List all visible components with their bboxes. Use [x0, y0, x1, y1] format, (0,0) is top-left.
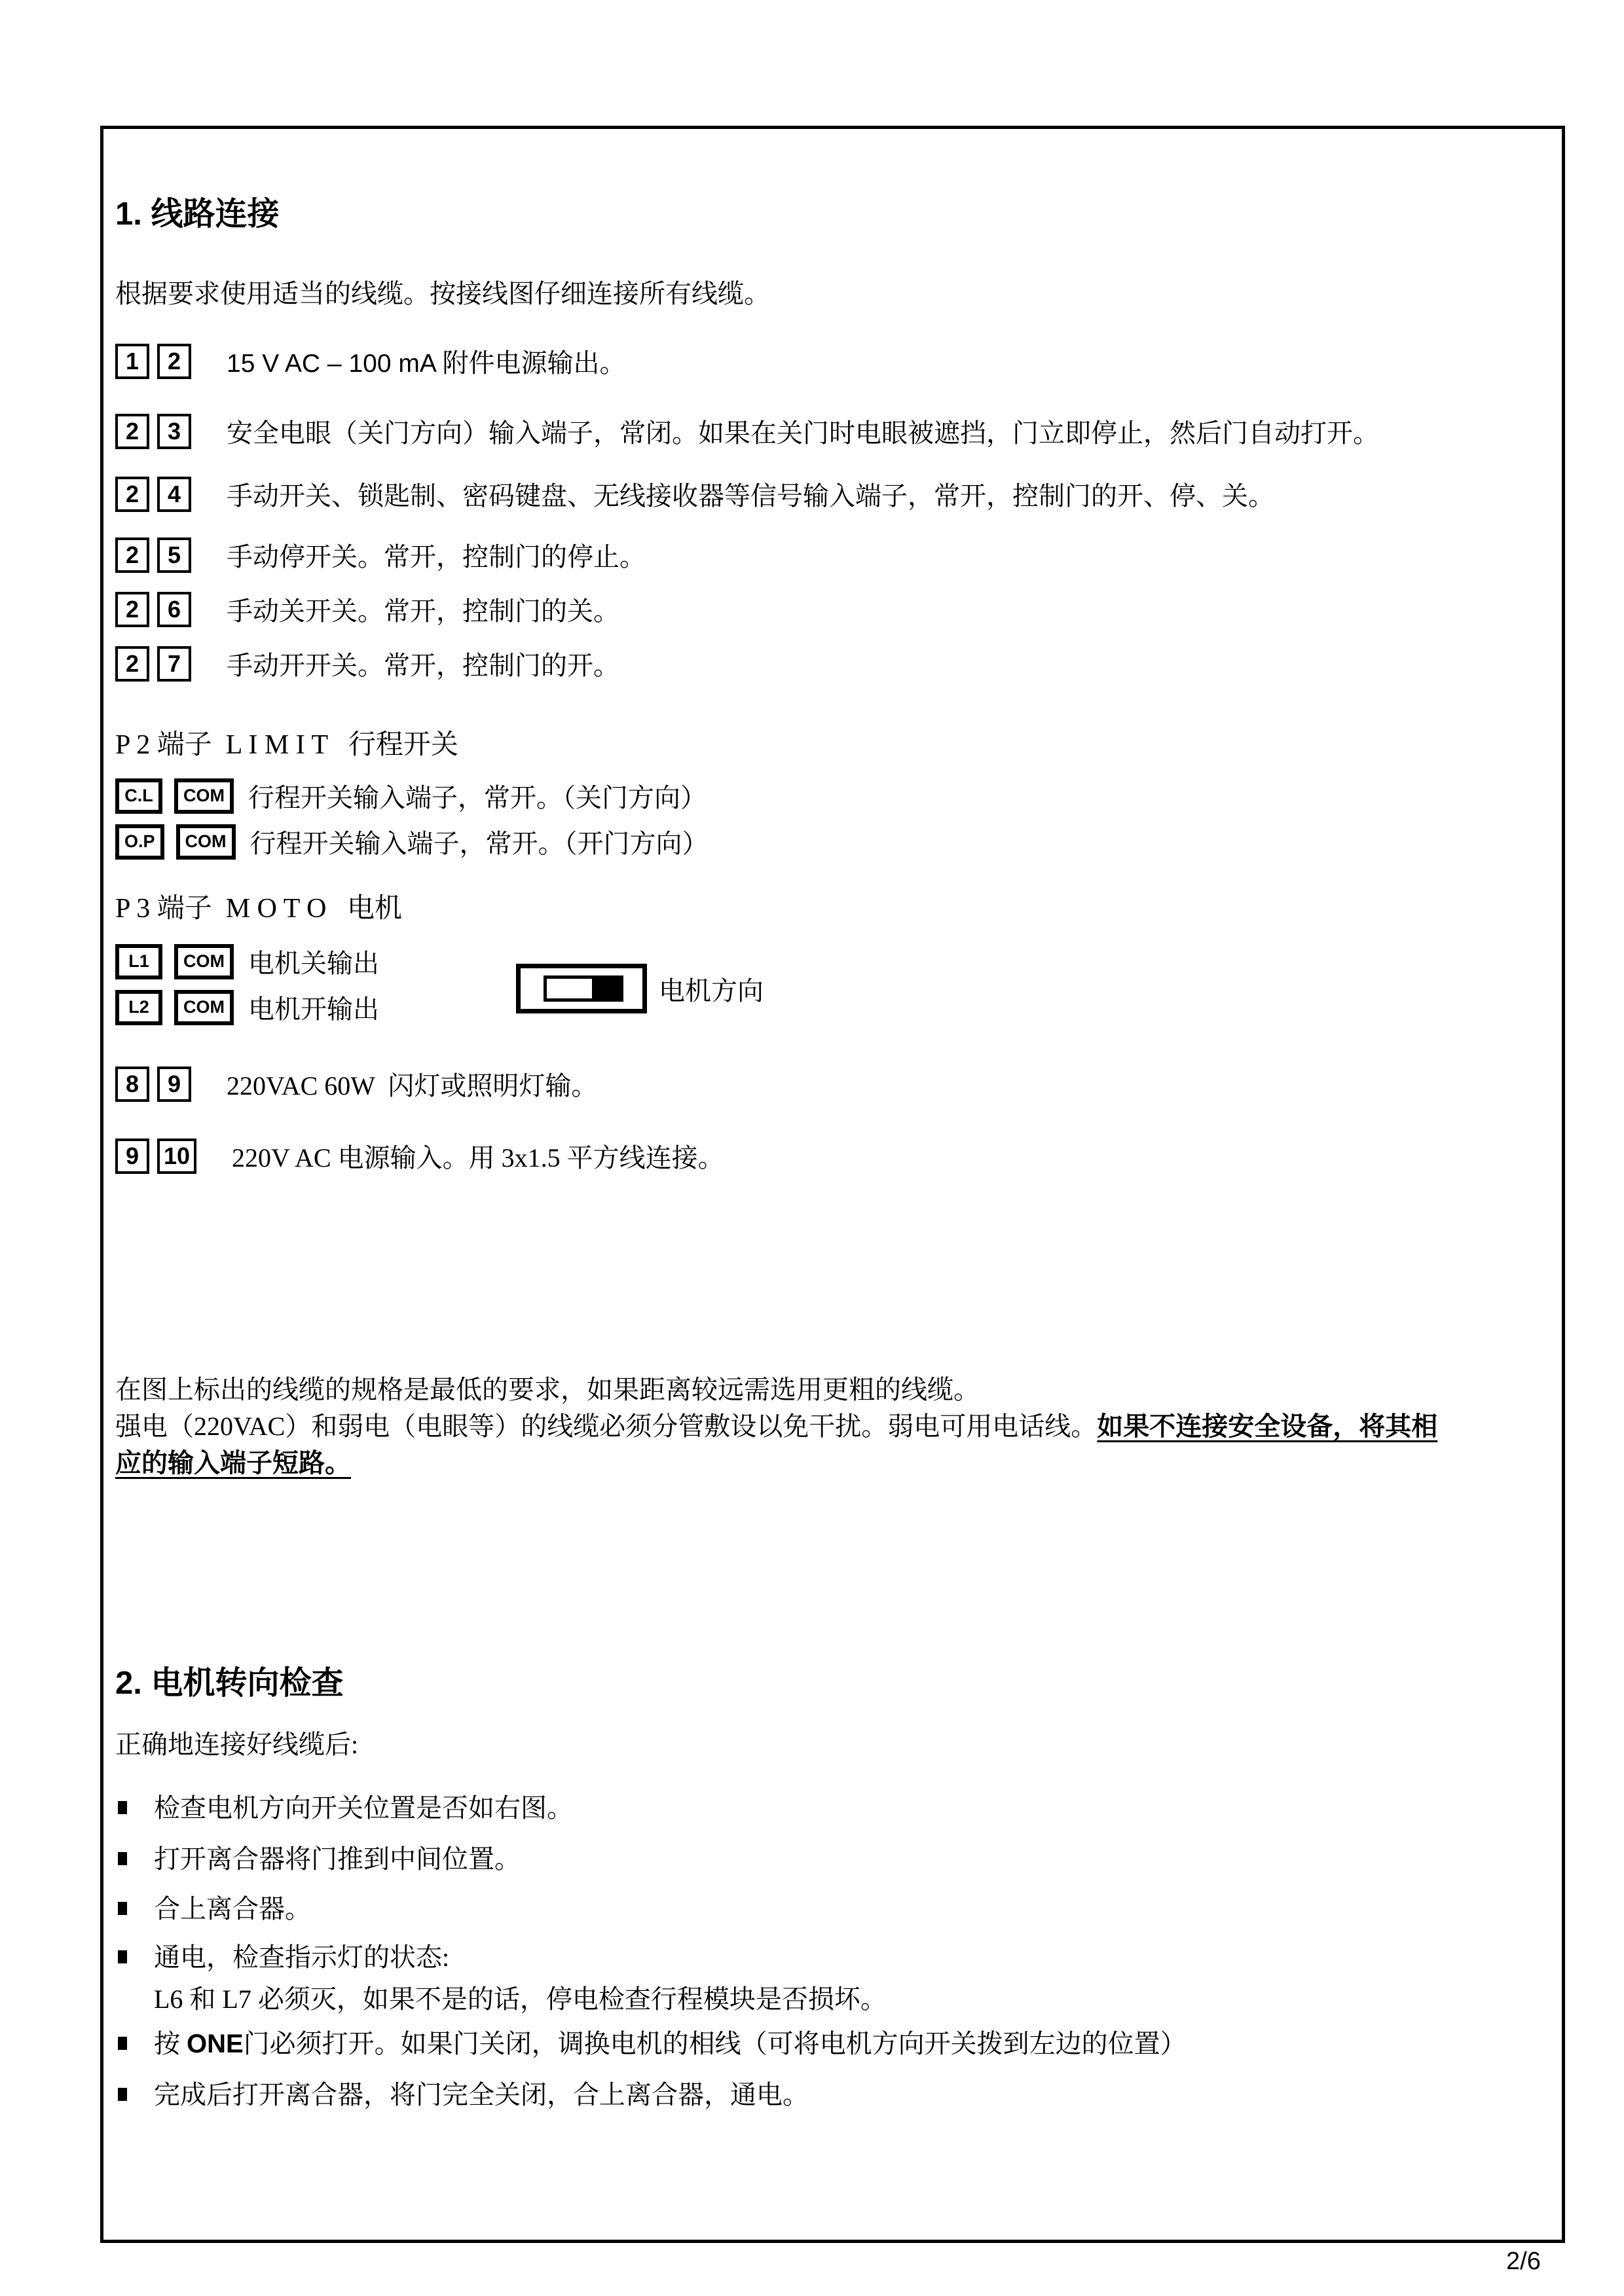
terminal-desc: 行程开关输入端子，常开。（关门方向）: [248, 777, 707, 814]
p3-terminal-heading: P 3 端子 M O T O 电机: [115, 892, 402, 925]
terminal-box: COM: [174, 990, 234, 1025]
terminal-box: 3: [157, 414, 191, 449]
bullet-text-prefix: 按: [154, 2029, 187, 2058]
bullet-square-icon: [118, 1852, 127, 1865]
bullet-text: 合上离合器。: [154, 1893, 311, 1925]
page-number: 2/6: [1506, 2248, 1541, 2276]
terminal-desc: 220VAC 60W 闪灯或照明灯输。: [227, 1065, 597, 1102]
terminal-row-8-9: 8 9 220VAC 60W 闪灯或照明灯输。: [115, 1065, 597, 1102]
note-line-2-normal: 强电（220VAC）和弱电（电眼等）的线缆必须分管敷设以免干扰。弱电可用电话线。: [115, 1412, 1097, 1441]
terminal-box: 10: [157, 1139, 196, 1174]
bullet-item: 完成后打开离合器，将门完全关闭，合上离合器，通电。: [115, 2079, 809, 2111]
terminal-desc: 行程开关输入端子，常开。（开门方向）: [250, 823, 709, 860]
terminal-box: L2: [115, 990, 162, 1025]
terminal-box: 1: [115, 344, 149, 379]
terminal-row-2-7: 2 7 手动开开关。常开，控制门的开。: [115, 645, 619, 682]
page-frame: 1. 线路连接 根据要求使用适当的线缆。按接线图仔细连接所有线缆。 1 2 15…: [100, 126, 1565, 2243]
note-line-2: 强电（220VAC）和弱电（电眼等）的线缆必须分管敷设以免干扰。弱电可用电话线。…: [115, 1408, 1437, 1445]
terminal-box: 2: [115, 646, 149, 682]
terminal-box: 9: [157, 1066, 191, 1102]
switch-slider-knob: [592, 979, 620, 998]
note-line-3: 应的输入端子短路。: [115, 1445, 1437, 1482]
terminal-box: 7: [157, 646, 191, 682]
terminal-box: 8: [115, 1066, 149, 1102]
switch-slider-left: [547, 979, 592, 998]
bullet-square-icon: [118, 2088, 127, 2101]
limit-row-op: O.P COM 行程开关输入端子，常开。（开门方向）: [115, 823, 709, 860]
terminal-box: 2: [115, 538, 149, 573]
terminal-row-2-6: 2 6 手动关开关。常开，控制门的关。: [115, 591, 619, 628]
terminal-box: 6: [157, 592, 191, 627]
note-line-2-underlined: 如果不连接安全设备，将其相: [1097, 1412, 1437, 1441]
terminal-box: 2: [115, 477, 149, 512]
terminal-box: L1: [115, 944, 162, 979]
bullet-square-icon: [118, 1801, 127, 1814]
bullet-text-bold: ONE: [187, 2030, 244, 2058]
terminal-box: 2: [115, 414, 149, 449]
terminal-box: 2: [115, 592, 149, 627]
note-line-3-underlined: 应的输入端子短路。: [115, 1448, 351, 1478]
terminal-desc: 电机开输出: [248, 989, 379, 1026]
terminal-box: COM: [174, 944, 234, 979]
terminal-desc: 220V AC 电源输入。用 3x1.5 平方线连接。: [232, 1137, 724, 1175]
terminal-desc: 15 V AC – 100 mA 附件电源输出。: [227, 342, 626, 380]
switch-label: 电机方向: [659, 970, 764, 1008]
terminal-desc: 手动关开关。常开，控制门的关。: [227, 591, 619, 628]
section1-intro: 根据要求使用适当的线缆。按接线图仔细连接所有线缆。: [115, 278, 770, 310]
terminal-row-1-2: 1 2 15 V AC – 100 mA 附件电源输出。: [115, 342, 626, 380]
terminal-row-2-3: 2 3 安全电眼（关门方向）输入端子，常闭。如果在关门时电眼被遮挡，门立即停止，…: [115, 412, 1379, 450]
terminal-desc: 手动开开关。常开，控制门的开。: [227, 645, 619, 682]
terminal-desc: 手动停开关。常开，控制门的停止。: [227, 536, 646, 574]
terminal-row-2-5: 2 5 手动停开关。常开，控制门的停止。: [115, 536, 646, 574]
terminal-box: 9: [115, 1139, 149, 1174]
bullet-square-icon: [118, 2037, 127, 2050]
bullet-square-icon: [118, 1950, 127, 1963]
bullet-text: 完成后打开离合器，将门完全关闭，合上离合器，通电。: [154, 2079, 809, 2111]
terminal-desc-cjk: 附件电源输出。: [443, 348, 626, 378]
terminal-desc: 手动开关、锁匙制、密码键盘、无线接收器等信号输入端子，常开，控制门的开、停、关。: [227, 475, 1274, 513]
terminal-box: C.L: [115, 778, 162, 814]
terminal-row-9-10: 9 10 220V AC 电源输入。用 3x1.5 平方线连接。: [115, 1137, 724, 1175]
bullet-text: 打开离合器将门推到中间位置。: [154, 1843, 521, 1876]
bullet-item: 检查电机方向开关位置是否如右图。: [115, 1792, 573, 1825]
terminal-row-2-4: 2 4 手动开关、锁匙制、密码键盘、无线接收器等信号输入端子，常开，控制门的开、…: [115, 475, 1274, 513]
section2-intro: 正确地连接好线缆后:: [115, 1729, 358, 1760]
bullet-square-icon: [118, 1902, 127, 1915]
terminal-box: 5: [157, 538, 191, 573]
motor-direction-switch-figure: 电机方向: [516, 964, 764, 1013]
bullet-text-line2: L6 和 L7 必须灭，如果不是的话，停电检查行程模块是否损坏。: [154, 1983, 887, 2016]
terminal-desc: 电机关输出: [248, 943, 379, 980]
section1-heading: 1. 线路连接: [115, 197, 279, 232]
motor-row-l2: L2 COM 电机开输出: [115, 989, 379, 1026]
bullet-text: 按 ONE门必须打开。如果门关闭，调换电机的相线（可将电机方向开关拨到左边的位置…: [154, 2028, 1187, 2060]
bullet-item: 打开离合器将门推到中间位置。: [115, 1843, 521, 1876]
switch-slider: [544, 975, 623, 1002]
bullet-item: 通电，检查指示灯的状态: L6 和 L7 必须灭，如果不是的话，停电检查行程模块…: [115, 1941, 887, 2016]
switch-outline: [516, 964, 647, 1013]
terminal-box: COM: [174, 778, 234, 814]
terminal-desc-latin: 15 V AC – 100 mA: [227, 350, 443, 378]
note-line-1: 在图上标出的线缆的规格是最低的要求，如果距离较远需选用更粗的线缆。: [115, 1372, 1437, 1408]
cable-notes: 在图上标出的线缆的规格是最低的要求，如果距离较远需选用更粗的线缆。 强电（220…: [115, 1372, 1437, 1482]
terminal-box: O.P: [115, 824, 164, 860]
bullet-text: 通电，检查指示灯的状态:: [154, 1941, 449, 1974]
bullet-text-rest: 门必须打开。如果门关闭，调换电机的相线（可将电机方向开关拨到左边的位置）: [244, 2029, 1187, 2058]
motor-row-l1: L1 COM 电机关输出: [115, 943, 379, 980]
limit-row-cl: C.L COM 行程开关输入端子，常开。（关门方向）: [115, 777, 707, 814]
terminal-desc: 安全电眼（关门方向）输入端子，常闭。如果在关门时电眼被遮挡，门立即停止，然后门自…: [227, 412, 1379, 450]
section2-heading: 2. 电机转向检查: [115, 1666, 343, 1702]
terminal-box: COM: [176, 824, 236, 860]
bullet-item: 合上离合器。: [115, 1893, 311, 1925]
bullet-text: 检查电机方向开关位置是否如右图。: [154, 1792, 573, 1825]
terminal-box: 4: [157, 477, 191, 512]
terminal-box: 2: [157, 344, 191, 379]
p2-terminal-heading: P 2 端子 L I M I T 行程开关: [115, 729, 458, 761]
bullet-item: 按 ONE门必须打开。如果门关闭，调换电机的相线（可将电机方向开关拨到左边的位置…: [115, 2028, 1187, 2060]
